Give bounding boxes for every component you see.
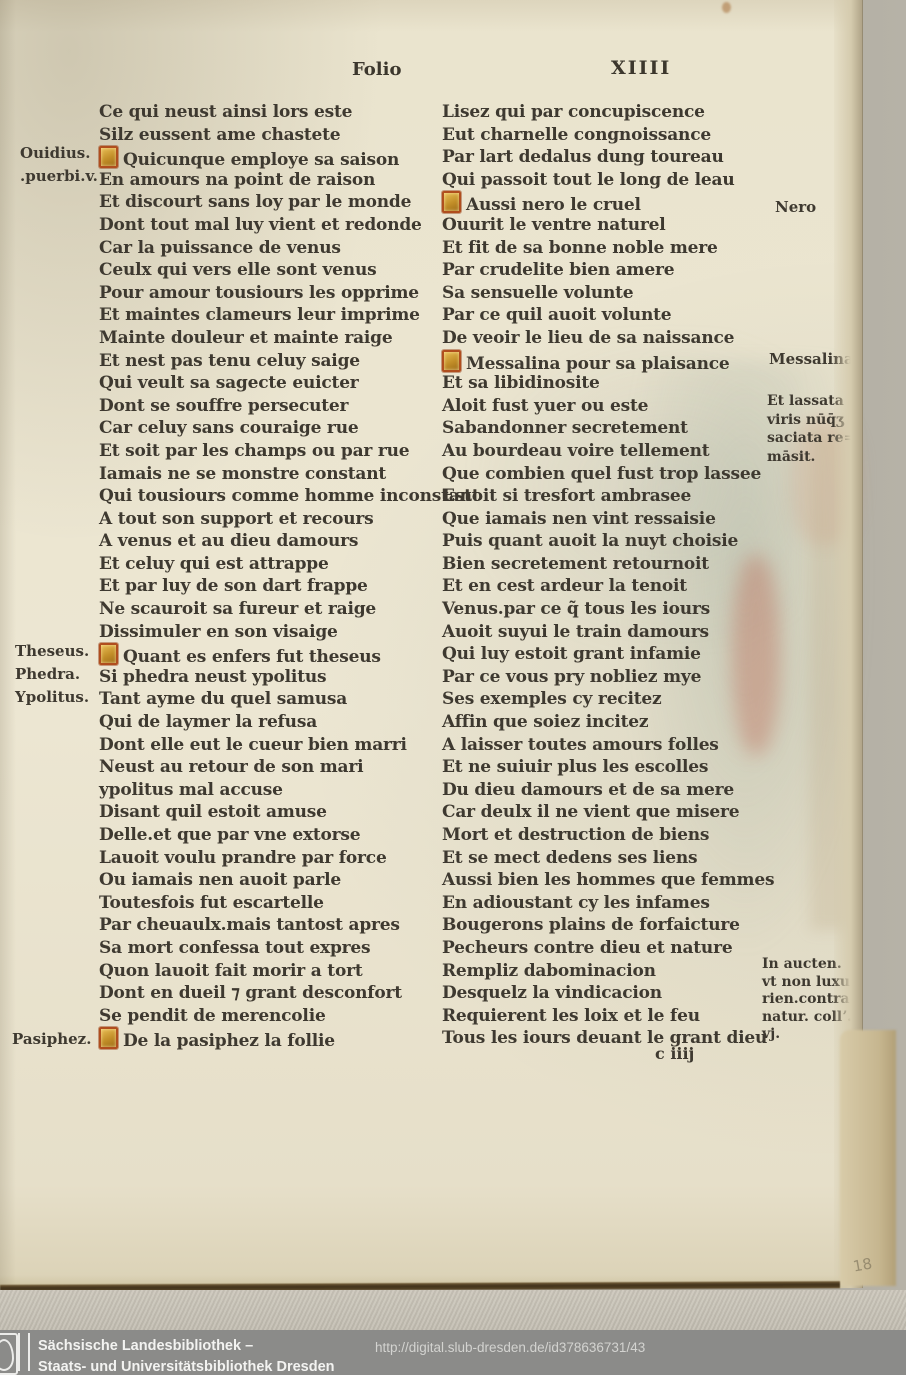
verse-line: Sa sensuelle volunte	[442, 282, 790, 305]
verse-line: Mort et destruction de biens	[442, 824, 790, 847]
illuminated-paragraph-mark-icon	[442, 350, 461, 372]
verse-line: Et soit par les champs ou par rue	[99, 440, 447, 463]
verse-line: Auoit suyui le train damours	[442, 621, 790, 644]
library-name-line1: Sächsische Landesbibliothek –	[38, 1336, 335, 1357]
book-page-scan: Folio XIIII Ce qui neust ainsi lors este…	[0, 0, 906, 1375]
verse-line: Et celuy qui est attrappe	[99, 553, 447, 576]
margin-note-line: Pasiphez.	[12, 1028, 91, 1051]
background-cloth	[0, 1290, 906, 1330]
verse-line: Lauoit voulu prandre par force	[99, 847, 447, 870]
verse-line: Tant ayme du quel samusa	[99, 688, 447, 711]
margin-note-nero: Nero	[775, 196, 816, 219]
slub-logo-icon	[0, 1333, 18, 1375]
verse-line: Dissimuler en son visaige	[99, 621, 447, 644]
verse-line: Se pendit de merencolie	[99, 1005, 447, 1028]
verse-line: Quicunque employe sa saison	[99, 146, 447, 169]
margin-note-line: .puerbi.v.	[20, 165, 98, 188]
verse-line: Ce qui neust ainsi lors este	[99, 101, 447, 124]
gutter-shade	[0, 0, 16, 1288]
verse-line: Ceulx qui vers elle sont venus	[99, 259, 447, 282]
illuminated-paragraph-mark-icon	[99, 643, 118, 665]
verse-line: Qui veult sa sagecte euicter	[99, 372, 447, 395]
verse-line: Au bourdeau voire tellement	[442, 440, 790, 463]
verse-line: Ouurit le ventre naturel	[442, 214, 790, 237]
verse-line: Bien secretement retournoit	[442, 553, 790, 576]
library-name: Sächsische Landesbibliothek – Staats- un…	[38, 1336, 335, 1375]
verse-line: Et maintes clameurs leur imprime	[99, 304, 447, 327]
verse-line: Quant es enfers fut theseus	[99, 643, 447, 666]
digital-source-url: http://digital.slub-dresden.de/id3786367…	[375, 1340, 645, 1355]
verse-line: A tout son support et recours	[99, 508, 447, 531]
verse-line: Toutesfois fut escartelle	[99, 892, 447, 915]
verse-line: Et sa libidinosite	[442, 372, 790, 395]
margin-note-ouidius: Ouidius..puerbi.v.	[20, 142, 98, 188]
verse-line: Qui luy estoit grant infamie	[442, 643, 790, 666]
verse-line: Ou iamais nen auoit parle	[99, 869, 447, 892]
verse-line: Pecheurs contre dieu et nature	[442, 937, 790, 960]
slub-logo-bars	[18, 1333, 30, 1371]
margin-note-line: Nero	[775, 196, 816, 219]
margin-note-theseus: Theseus.Phedra.Ypolitus.	[15, 640, 89, 709]
verse-line: Affin que soiez incitez	[442, 711, 790, 734]
verse-line: Et discourt sans loy par le monde	[99, 191, 447, 214]
verse-line: Mainte douleur et mainte raige	[99, 327, 447, 350]
verse-line: Et fit de sa bonne noble mere	[442, 237, 790, 260]
margin-note-line: Theseus.	[15, 640, 89, 663]
text-column-right: Lisez qui par concupiscenceEut charnelle…	[442, 101, 790, 1050]
verse-line: Par ce quil auoit volunte	[442, 304, 790, 327]
verse-line: Qui passoit tout le long de leau	[442, 169, 790, 192]
verse-line: Si phedra neust ypolitus	[99, 666, 447, 689]
library-footer-bar: Sächsische Landesbibliothek – Staats- un…	[0, 1330, 906, 1375]
verse-line: Tous les iours deuant le grant dieu	[442, 1027, 790, 1050]
quire-signature: c iiij	[655, 1044, 694, 1063]
underlying-leaves-edge	[840, 1030, 896, 1286]
verse-line: Par lart dedalus dung toureau	[442, 146, 790, 169]
verse-line: ypolitus mal accuse	[99, 779, 447, 802]
verse-line: Dont se souffre persecuter	[99, 395, 447, 418]
verse-line: Aussi nero le cruel	[442, 191, 790, 214]
verse-line: Lisez qui par concupiscence	[442, 101, 790, 124]
illuminated-paragraph-mark-icon	[442, 191, 461, 213]
verse-line: Estoit si tresfort ambrasee	[442, 485, 790, 508]
verse-line: Par ce vous pry nobliez mye	[442, 666, 790, 689]
verse-line: Car celuy sans couraige rue	[99, 417, 447, 440]
verse-line: Requierent les loix et le feu	[442, 1005, 790, 1028]
verse-line: Et nest pas tenu celuy saige	[99, 350, 447, 373]
verse-line: Sa mort confessa tout expres	[99, 937, 447, 960]
verse-line: Ne scauroit sa fureur et raige	[99, 598, 447, 621]
verse-line: Desquelz la vindicacion	[442, 982, 790, 1005]
verse-line: Neust au retour de son mari	[99, 756, 447, 779]
verse-line: Pour amour tousiours les opprime	[99, 282, 447, 305]
verse-line: Car la puissance de venus	[99, 237, 447, 260]
verse-line: Delle.et que par vne extorse	[99, 824, 447, 847]
margin-note-line: Ypolitus.	[15, 686, 89, 709]
margin-note-line: Ouidius.	[20, 142, 98, 165]
verse-line: De veoir le lieu de sa naissance	[442, 327, 790, 350]
verse-line: Venus.par ce q̃ tous les iours	[442, 598, 790, 621]
verse-line: Dont tout mal luy vient et redonde	[99, 214, 447, 237]
verse-line: Rempliz dabominacion	[442, 960, 790, 983]
verse-line: Qui de laymer la refusa	[99, 711, 447, 734]
verse-line: Sabandonner secretement	[442, 417, 790, 440]
verse-line: A venus et au dieu damours	[99, 530, 447, 553]
verse-line: En amours na point de raison	[99, 169, 447, 192]
illuminated-paragraph-mark-icon	[99, 1027, 118, 1049]
verse-line: Eut charnelle congnoissance	[442, 124, 790, 147]
verse-line: Que combien quel fust trop lassee	[442, 463, 790, 486]
verse-line: Bougerons plains de forfaicture	[442, 914, 790, 937]
illuminated-paragraph-mark-icon	[99, 146, 118, 168]
verse-line: Et se mect dedens ses liens	[442, 847, 790, 870]
verse-line: Ses exemples cy recitez	[442, 688, 790, 711]
paper-stain	[722, 2, 731, 13]
verse-line: Et en cest ardeur la tenoit	[442, 575, 790, 598]
verse-line: A laisser toutes amours folles	[442, 734, 790, 757]
verse-line: Par crudelite bien amere	[442, 259, 790, 282]
verse-line: Silz eussent ame chastete	[99, 124, 447, 147]
verse-line: Disant quil estoit amuse	[99, 801, 447, 824]
verse-line: Messalina pour sa plaisance	[442, 350, 790, 373]
library-name-line2: Staats- und Universitätsbibliothek Dresd…	[38, 1357, 335, 1375]
slub-logo-glyph	[0, 1339, 14, 1371]
verse-line: Aussi bien les hommes que femmes	[442, 869, 790, 892]
verse-line: Car deulx il ne vient que misere	[442, 801, 790, 824]
header-folio-number: XIIII	[611, 57, 671, 79]
verse-line: En adioustant cy les infames	[442, 892, 790, 915]
verse-line: Dont en dueil ⁊ grant desconfort	[99, 982, 447, 1005]
text-column-left: Ce qui neust ainsi lors esteSilz eussent…	[99, 101, 447, 1050]
verse-line: Qui tousiours comme homme inconstant	[99, 485, 447, 508]
verse-line: Que iamais nen vint ressaisie	[442, 508, 790, 531]
verse-line: Et ne suiuir plus les escolles	[442, 756, 790, 779]
margin-note-line: Phedra.	[15, 663, 89, 686]
verse-line: Dont elle eut le cueur bien marri	[99, 734, 447, 757]
verse-line: Quon lauoit fait morir a tort	[99, 960, 447, 983]
verse-line: De la pasiphez la follie	[99, 1027, 447, 1050]
verse-line: Du dieu damours et de sa mere	[442, 779, 790, 802]
verse-line: Et par luy de son dart frappe	[99, 575, 447, 598]
header-folio-label: Folio	[352, 59, 401, 80]
verse-line: Par cheuaulx.mais tantost apres	[99, 914, 447, 937]
verse-line: Aloit fust yuer ou este	[442, 395, 790, 418]
verse-line: Puis quant auoit la nuyt choisie	[442, 530, 790, 553]
margin-note-pasiphez: Pasiphez.	[12, 1028, 91, 1051]
pencil-annotation: 18	[852, 1254, 874, 1275]
manuscript-page: Folio XIIII Ce qui neust ainsi lors este…	[0, 0, 862, 1288]
verse-line: Iamais ne se monstre constant	[99, 463, 447, 486]
